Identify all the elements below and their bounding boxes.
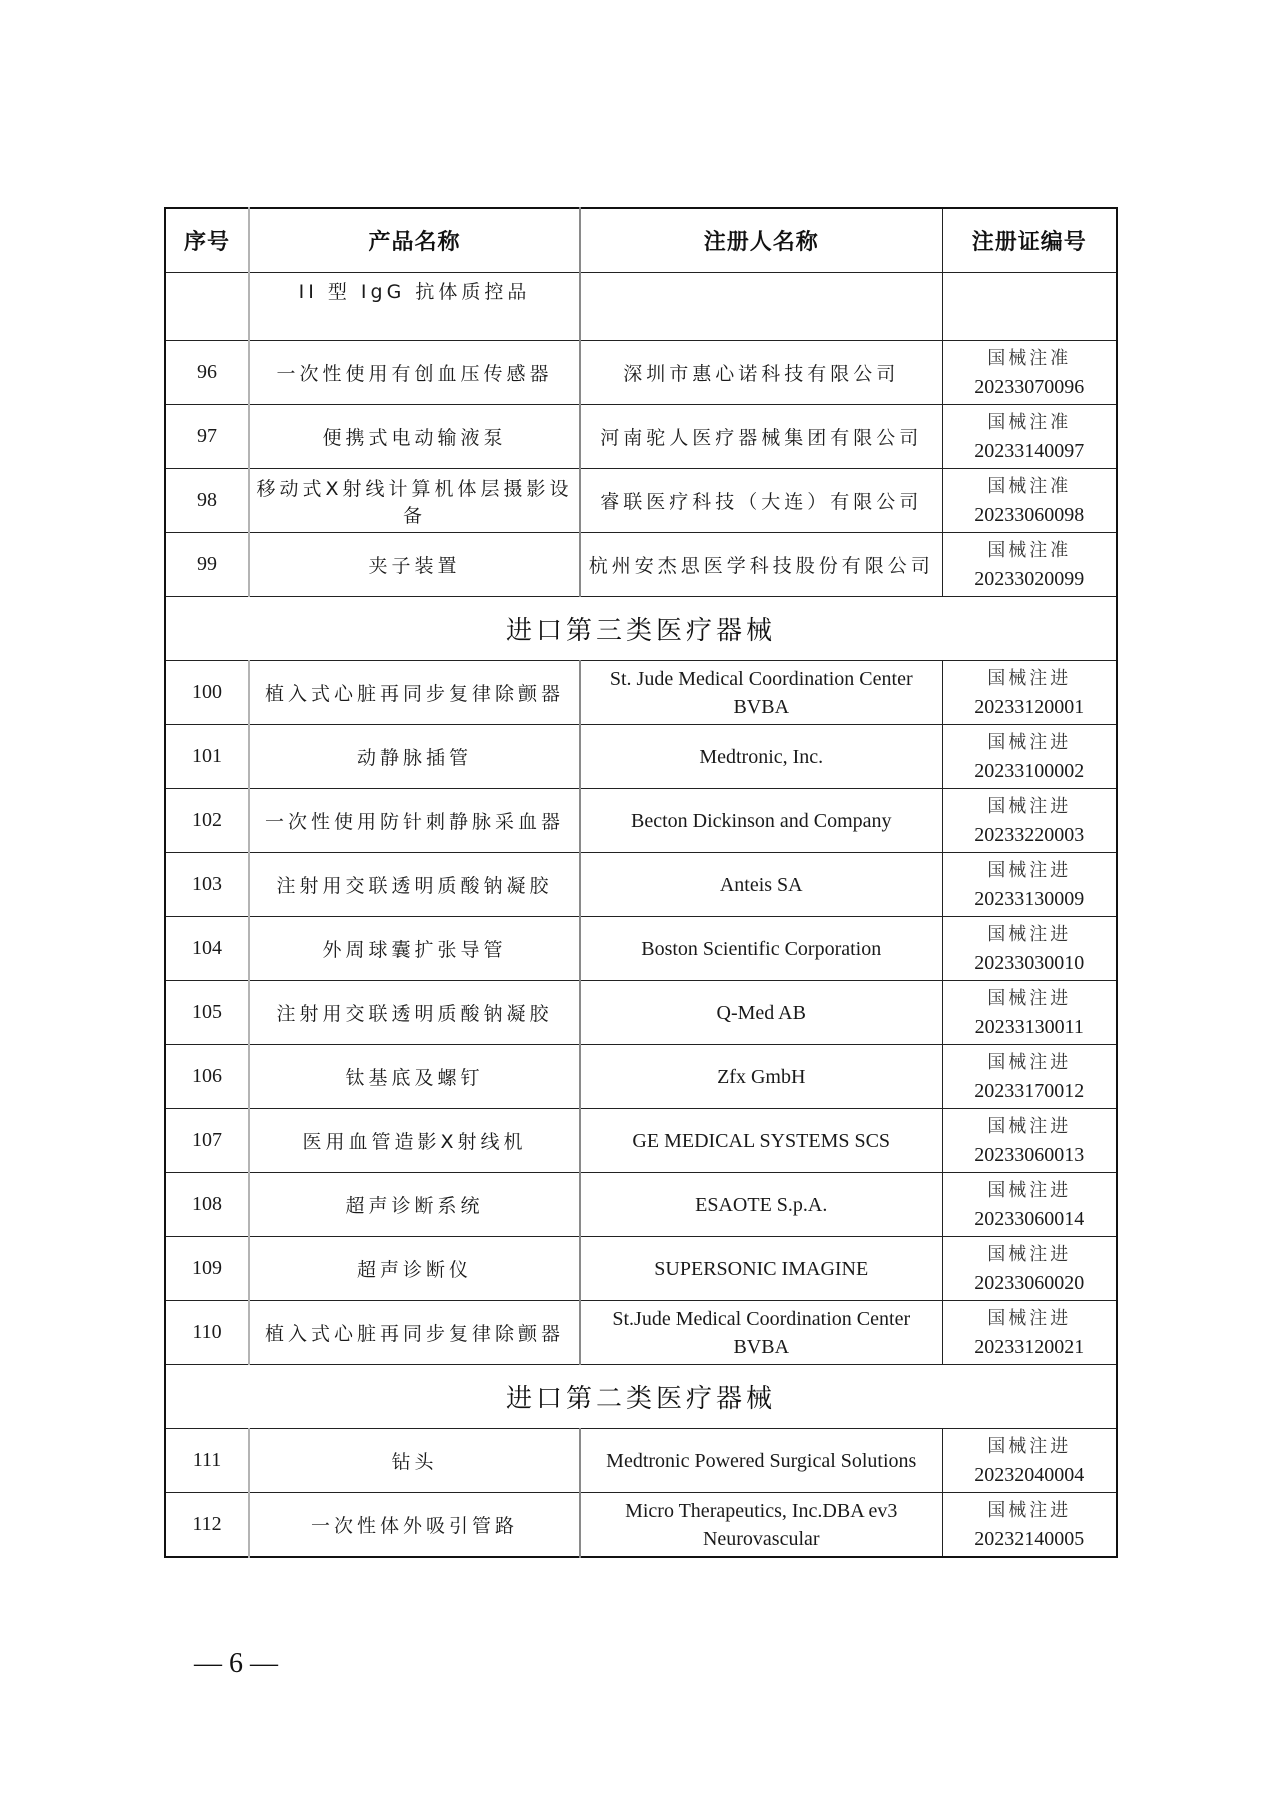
cell-registration-number: 国械注进20232140005 xyxy=(942,1493,1117,1558)
cell-registrant: St.Jude Medical Coordination Center BVBA xyxy=(580,1301,942,1365)
registration-prefix: 国械注进 xyxy=(945,1433,1115,1461)
cell-product-name: 外周球囊扩张导管 xyxy=(249,917,580,981)
page-number: — 6 — xyxy=(194,1648,278,1680)
cell-registrant: Boston Scientific Corporation xyxy=(580,917,942,981)
cell-registrant: Zfx GmbH xyxy=(580,1045,942,1109)
cell-registration-number: 国械注进20233130009 xyxy=(942,853,1117,917)
cell-product-name: 夹子装置 xyxy=(249,533,580,597)
registration-code: 20233130009 xyxy=(945,885,1115,913)
cell-serial-no: 105 xyxy=(165,981,249,1045)
cell-product-name: 便携式电动输液泵 xyxy=(249,405,580,469)
table-row: 111钻头Medtronic Powered Surgical Solution… xyxy=(165,1429,1117,1493)
cell-registration-number: 国械注进20233220003 xyxy=(942,789,1117,853)
cell-registration-number: 国械注进20233130011 xyxy=(942,981,1117,1045)
header-serial-no: 序号 xyxy=(165,208,249,273)
cell-product-name: 动静脉插管 xyxy=(249,725,580,789)
cell-registration-number: 国械注进20233060014 xyxy=(942,1173,1117,1237)
cell-registrant: SUPERSONIC IMAGINE xyxy=(580,1237,942,1301)
registration-prefix: 国械注进 xyxy=(945,1177,1115,1205)
cell-registration-number: 国械注进20233170012 xyxy=(942,1045,1117,1109)
cell-registrant: GE MEDICAL SYSTEMS SCS xyxy=(580,1109,942,1173)
registration-prefix: 国械注准 xyxy=(945,409,1115,437)
table-row: 112一次性体外吸引管路Micro Therapeutics, Inc.DBA … xyxy=(165,1493,1117,1558)
cell-product-name: 移动式X射线计算机体层摄影设备 xyxy=(249,469,580,533)
registration-prefix: 国械注进 xyxy=(945,1113,1115,1141)
cell-registration-number xyxy=(942,273,1117,341)
cell-registration-number: 国械注进20232040004 xyxy=(942,1429,1117,1493)
table-row: 97便携式电动输液泵河南驼人医疗器械集团有限公司国械注准20233140097 xyxy=(165,405,1117,469)
cell-product-name: 钻头 xyxy=(249,1429,580,1493)
header-registrant-name: 注册人名称 xyxy=(580,208,942,273)
cell-product-name: 注射用交联透明质酸钠凝胶 xyxy=(249,981,580,1045)
registration-prefix: 国械注进 xyxy=(945,793,1115,821)
header-registration-number: 注册证编号 xyxy=(942,208,1117,273)
cell-registrant: 深圳市惠心诺科技有限公司 xyxy=(580,341,942,405)
cell-serial-no: 109 xyxy=(165,1237,249,1301)
cell-serial-no: 111 xyxy=(165,1429,249,1493)
table-row: 107医用血管造影X射线机GE MEDICAL SYSTEMS SCS国械注进2… xyxy=(165,1109,1117,1173)
registration-code: 20233060020 xyxy=(945,1269,1115,1297)
cell-product-name: 超声诊断仪 xyxy=(249,1237,580,1301)
table-row: 96一次性使用有创血压传感器深圳市惠心诺科技有限公司国械注准2023307009… xyxy=(165,341,1117,405)
cell-product-name: II 型 IgG 抗体质控品 xyxy=(249,273,580,341)
registration-code: 20233070096 xyxy=(945,373,1115,401)
section-title: 进口第三类医疗器械 xyxy=(165,597,1117,661)
cell-product-name: 超声诊断系统 xyxy=(249,1173,580,1237)
registration-prefix: 国械注进 xyxy=(945,921,1115,949)
continued-row: II 型 IgG 抗体质控品 xyxy=(165,273,1117,341)
section-title: 进口第二类医疗器械 xyxy=(165,1365,1117,1429)
cell-serial-no: 102 xyxy=(165,789,249,853)
registration-prefix: 国械注进 xyxy=(945,1305,1115,1333)
table-row: 109超声诊断仪SUPERSONIC IMAGINE国械注进2023306002… xyxy=(165,1237,1117,1301)
registration-code: 20233130011 xyxy=(945,1013,1115,1041)
registration-prefix: 国械注进 xyxy=(945,1049,1115,1077)
table-row: 98移动式X射线计算机体层摄影设备睿联医疗科技（大连）有限公司国械注准20233… xyxy=(165,469,1117,533)
table-row: 105注射用交联透明质酸钠凝胶Q-Med AB国械注进20233130011 xyxy=(165,981,1117,1045)
cell-serial-no: 112 xyxy=(165,1493,249,1558)
section-header-row: 进口第三类医疗器械 xyxy=(165,597,1117,661)
cell-registration-number: 国械注准20233070096 xyxy=(942,341,1117,405)
table-header-row: 序号 产品名称 注册人名称 注册证编号 xyxy=(165,208,1117,273)
registration-prefix: 国械注进 xyxy=(945,1497,1115,1525)
registration-code: 20233120021 xyxy=(945,1333,1115,1361)
cell-product-name: 一次性体外吸引管路 xyxy=(249,1493,580,1558)
registration-code: 20233030010 xyxy=(945,949,1115,977)
cell-registrant: Anteis SA xyxy=(580,853,942,917)
cell-serial-no: 98 xyxy=(165,469,249,533)
cell-registration-number: 国械注进20233030010 xyxy=(942,917,1117,981)
registration-code: 20233060098 xyxy=(945,501,1115,529)
cell-serial-no: 107 xyxy=(165,1109,249,1173)
cell-serial-no: 96 xyxy=(165,341,249,405)
cell-serial-no: 103 xyxy=(165,853,249,917)
cell-serial-no: 110 xyxy=(165,1301,249,1365)
cell-registration-number: 国械注准20233140097 xyxy=(942,405,1117,469)
cell-product-name: 一次性使用有创血压传感器 xyxy=(249,341,580,405)
table-row: 101动静脉插管Medtronic, Inc.国械注进20233100002 xyxy=(165,725,1117,789)
registration-prefix: 国械注准 xyxy=(945,537,1115,565)
cell-registrant: 河南驼人医疗器械集团有限公司 xyxy=(580,405,942,469)
registration-prefix: 国械注进 xyxy=(945,1241,1115,1269)
registration-prefix: 国械注进 xyxy=(945,729,1115,757)
cell-registration-number: 国械注进20233060020 xyxy=(942,1237,1117,1301)
registration-code: 20233060013 xyxy=(945,1141,1115,1169)
cell-registration-number: 国械注准20233020099 xyxy=(942,533,1117,597)
registration-prefix: 国械注进 xyxy=(945,985,1115,1013)
cell-registration-number: 国械注进20233120001 xyxy=(942,661,1117,725)
cell-registrant: Medtronic, Inc. xyxy=(580,725,942,789)
registration-code: 20233140097 xyxy=(945,437,1115,465)
table-row: 102一次性使用防针刺静脉采血器Becton Dickinson and Com… xyxy=(165,789,1117,853)
cell-serial-no: 108 xyxy=(165,1173,249,1237)
cell-registrant: Micro Therapeutics, Inc.DBA ev3 Neurovas… xyxy=(580,1493,942,1558)
cell-product-name: 钛基底及螺钉 xyxy=(249,1045,580,1109)
cell-registration-number: 国械注进20233060013 xyxy=(942,1109,1117,1173)
registration-code: 20233170012 xyxy=(945,1077,1115,1105)
registration-code: 20233220003 xyxy=(945,821,1115,849)
table-row: 100植入式心脏再同步复律除颤器St. Jude Medical Coordin… xyxy=(165,661,1117,725)
cell-product-name: 植入式心脏再同步复律除颤器 xyxy=(249,661,580,725)
cell-serial-no: 106 xyxy=(165,1045,249,1109)
table-row: 99夹子装置杭州安杰思医学科技股份有限公司国械注准20233020099 xyxy=(165,533,1117,597)
registration-prefix: 国械注准 xyxy=(945,345,1115,373)
cell-registrant: 睿联医疗科技（大连）有限公司 xyxy=(580,469,942,533)
registration-code: 20233100002 xyxy=(945,757,1115,785)
table-row: 106钛基底及螺钉Zfx GmbH国械注进20233170012 xyxy=(165,1045,1117,1109)
registration-table: 序号 产品名称 注册人名称 注册证编号 II 型 IgG 抗体质控品 96一次性… xyxy=(164,207,1118,1558)
cell-serial-no: 104 xyxy=(165,917,249,981)
registration-code: 20232040004 xyxy=(945,1461,1115,1489)
table-row: 104外周球囊扩张导管Boston Scientific Corporation… xyxy=(165,917,1117,981)
cell-registrant: Becton Dickinson and Company xyxy=(580,789,942,853)
cell-registration-number: 国械注进20233120021 xyxy=(942,1301,1117,1365)
cell-registration-number: 国械注进20233100002 xyxy=(942,725,1117,789)
registration-prefix: 国械注进 xyxy=(945,665,1115,693)
section-header-row: 进口第二类医疗器械 xyxy=(165,1365,1117,1429)
registration-code: 20233120001 xyxy=(945,693,1115,721)
registration-prefix: 国械注准 xyxy=(945,473,1115,501)
header-product-name: 产品名称 xyxy=(249,208,580,273)
cell-registrant: ESAOTE S.p.A. xyxy=(580,1173,942,1237)
cell-product-name: 注射用交联透明质酸钠凝胶 xyxy=(249,853,580,917)
cell-registrant: 杭州安杰思医学科技股份有限公司 xyxy=(580,533,942,597)
registration-code: 20232140005 xyxy=(945,1525,1115,1553)
cell-serial-no: 99 xyxy=(165,533,249,597)
cell-registrant: Medtronic Powered Surgical Solutions xyxy=(580,1429,942,1493)
cell-registrant: Q-Med AB xyxy=(580,981,942,1045)
cell-serial-no xyxy=(165,273,249,341)
table-row: 110植入式心脏再同步复律除颤器St.Jude Medical Coordina… xyxy=(165,1301,1117,1365)
cell-serial-no: 100 xyxy=(165,661,249,725)
document-page: 序号 产品名称 注册人名称 注册证编号 II 型 IgG 抗体质控品 96一次性… xyxy=(0,0,1280,1810)
cell-product-name: 一次性使用防针刺静脉采血器 xyxy=(249,789,580,853)
cell-product-name: 植入式心脏再同步复律除颤器 xyxy=(249,1301,580,1365)
cell-serial-no: 101 xyxy=(165,725,249,789)
cell-product-name: 医用血管造影X射线机 xyxy=(249,1109,580,1173)
registration-code: 20233060014 xyxy=(945,1205,1115,1233)
registration-code: 20233020099 xyxy=(945,565,1115,593)
cell-registration-number: 国械注准20233060098 xyxy=(942,469,1117,533)
cell-registrant: St. Jude Medical Coordination Center BVB… xyxy=(580,661,942,725)
cell-serial-no: 97 xyxy=(165,405,249,469)
table-row: 103注射用交联透明质酸钠凝胶Anteis SA国械注进20233130009 xyxy=(165,853,1117,917)
cell-registrant xyxy=(580,273,942,341)
table-row: 108超声诊断系统ESAOTE S.p.A.国械注进20233060014 xyxy=(165,1173,1117,1237)
registration-prefix: 国械注进 xyxy=(945,857,1115,885)
